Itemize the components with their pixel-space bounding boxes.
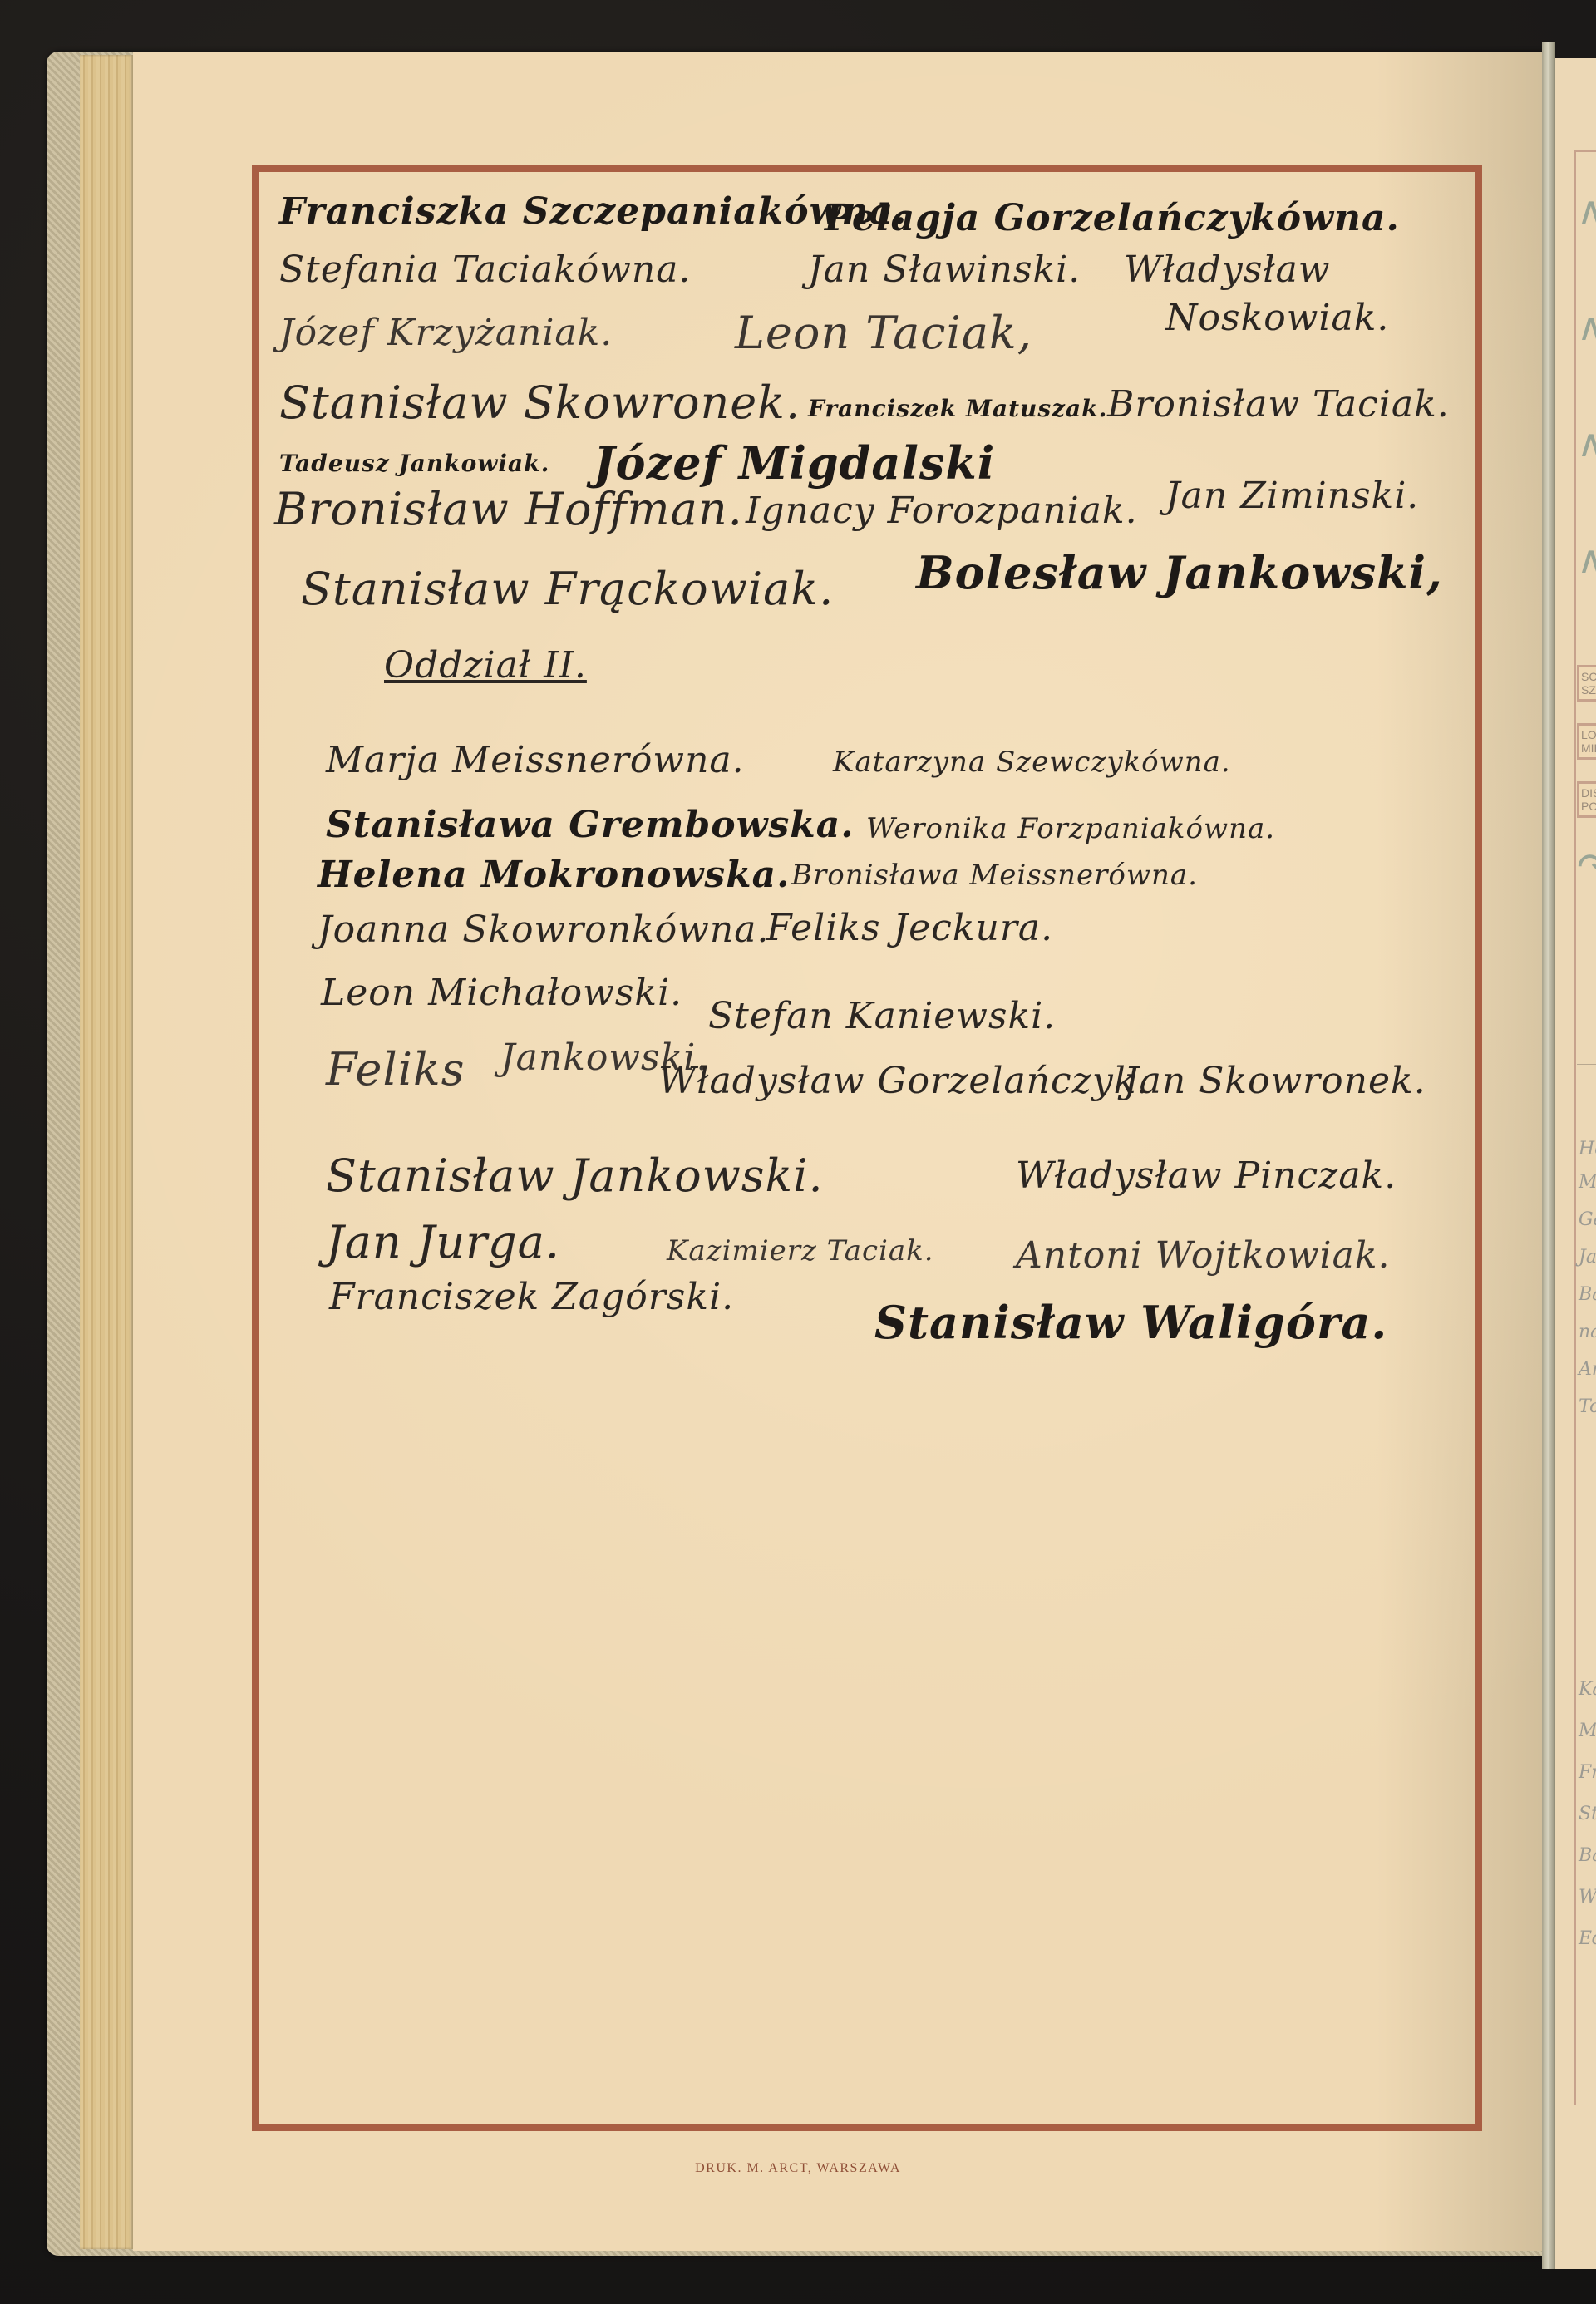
handwritten-name: Władysław Gorzelańczyk. <box>658 1060 1149 1102</box>
section-heading: Oddział II. <box>384 644 587 687</box>
decorative-ornament-icon: ∧ <box>1577 308 1596 346</box>
handwritten-name: Bronisława Meissnerówna. <box>791 859 1198 892</box>
printer-imprint: DRUK. M. ARCT, WARSZAWA <box>0 2161 1596 2176</box>
facing-page-handwriting: Tomaś <box>1579 1396 1596 1417</box>
handwritten-name: Weronika Forzpaniakówna. <box>866 812 1275 845</box>
facing-page-handwriting: Hofl <box>1579 1139 1596 1159</box>
facing-page-handwriting: Edu <box>1579 1928 1596 1949</box>
handwritten-name: Noskowiak. <box>1165 297 1389 339</box>
handwritten-name: Stefan Kaniewski. <box>708 995 1056 1037</box>
handwritten-name: Feliks Jeckura. <box>766 907 1053 949</box>
handwritten-name: Antoni Wojtkowiak. <box>1016 1234 1391 1277</box>
handwritten-name: Stanisław Jankowski. <box>326 1150 824 1202</box>
facing-page-handwriting: Franc <box>1579 1762 1596 1783</box>
handwritten-name: Stanisław Skowronek. <box>279 377 800 429</box>
decorative-ornament-icon: ↷ <box>1577 848 1596 886</box>
decorative-ornament-icon: ∧ <box>1577 424 1596 462</box>
facing-page-handwriting: Gąbaj <box>1579 1209 1596 1230</box>
page-fore-edge <box>80 55 133 2249</box>
handwritten-name: Józef Krzyżaniak. <box>279 312 613 354</box>
handwritten-name: Feliks <box>326 1043 465 1095</box>
handwritten-name: Stanisław Waligóra. <box>874 1296 1387 1349</box>
handwritten-name: Jan Skowronek. <box>1124 1060 1426 1102</box>
facing-page-handwriting: Antan <box>1579 1359 1596 1380</box>
handwritten-name: Franciszek Zagórski. <box>329 1276 734 1318</box>
facing-page-handwriting: Stani <box>1579 1804 1596 1824</box>
facing-page-handwriting: Bawa <box>1579 1845 1596 1866</box>
handwritten-name: Stanisława Grembowska. <box>326 804 855 846</box>
facing-page-handwriting: Jakub <box>1579 1247 1596 1268</box>
handwritten-name: Józef Migdalski <box>594 436 995 490</box>
handwritten-name: Kazimierz Taciak. <box>667 1234 934 1268</box>
handwritten-name: Leon Michałowski. <box>321 972 682 1014</box>
handwritten-name: Bronisław Taciak. <box>1107 383 1450 426</box>
ruled-line <box>1577 1064 1596 1065</box>
facing-page-label: SCHO SZKO <box>1577 665 1596 702</box>
facing-page-handwriting: Wojtk <box>1579 1887 1596 1908</box>
handwritten-name: Pelagja Gorzelańczykówna. <box>825 197 1400 239</box>
facing-page-handwriting: Mary <box>1579 1721 1596 1741</box>
handwritten-name-list: Franciszka Szczepaniakówna. Pelagja Gorz… <box>259 172 1475 2124</box>
handwritten-name: Marja Meissnerówna. <box>326 739 745 781</box>
decorative-ornament-icon: ∧ <box>1577 191 1596 229</box>
printed-border-frame: Franciszka Szczepaniakówna. Pelagja Gorz… <box>252 165 1482 2131</box>
book-gutter <box>1542 42 1555 2269</box>
handwritten-name: Leon Taciak, <box>735 307 1032 359</box>
handwritten-name: Helena Mokronowska. <box>318 854 790 896</box>
handwritten-name: Jan Sławinski. <box>808 249 1081 291</box>
facing-page-handwriting: Mateu <box>1579 1172 1596 1193</box>
handwritten-name: Władysław <box>1124 249 1331 291</box>
decorative-ornament-icon: ∧ <box>1577 540 1596 578</box>
facing-page-label: DIST POW <box>1577 781 1596 818</box>
handwritten-name: Jan Ziminski. <box>1165 475 1419 517</box>
handwritten-name: Joanna Skowronkówna. <box>318 908 769 951</box>
ruled-line <box>1577 1031 1596 1031</box>
handwritten-name: Franciszka Szczepaniakówna. <box>279 190 907 233</box>
facing-page-label: LOC MIEJ <box>1577 723 1596 760</box>
facing-page-handwriting: na <box>1579 1322 1596 1342</box>
handwritten-name: Bronisław Hoffman. <box>274 483 743 535</box>
handwritten-name: Franciszek Matuszak. <box>808 395 1107 422</box>
handwritten-name: Bolesław Jankowski, <box>916 546 1443 599</box>
handwritten-name: Stefania Taciakówna. <box>279 249 692 291</box>
facing-page-handwriting: Bagni <box>1579 1284 1596 1305</box>
handwritten-name: Jan Jurga. <box>326 1216 560 1268</box>
handwritten-name: Tadeusz Jankowiak. <box>279 450 549 477</box>
handwritten-name: Katarzyna Szewczykówna. <box>833 746 1231 779</box>
handwritten-name: Władysław Pinczak. <box>1016 1154 1396 1197</box>
handwritten-name: Stanisław Frąckowiak. <box>301 563 834 615</box>
facing-page-handwriting: Kath <box>1579 1679 1596 1700</box>
handwritten-name: Ignacy Forozpaniak. <box>746 490 1138 532</box>
facing-page-edge: ∧ ∧ ∧ ∧ SCHO SZKO LOC MIEJ DIST POW ↷ Ho… <box>1555 58 1596 2269</box>
